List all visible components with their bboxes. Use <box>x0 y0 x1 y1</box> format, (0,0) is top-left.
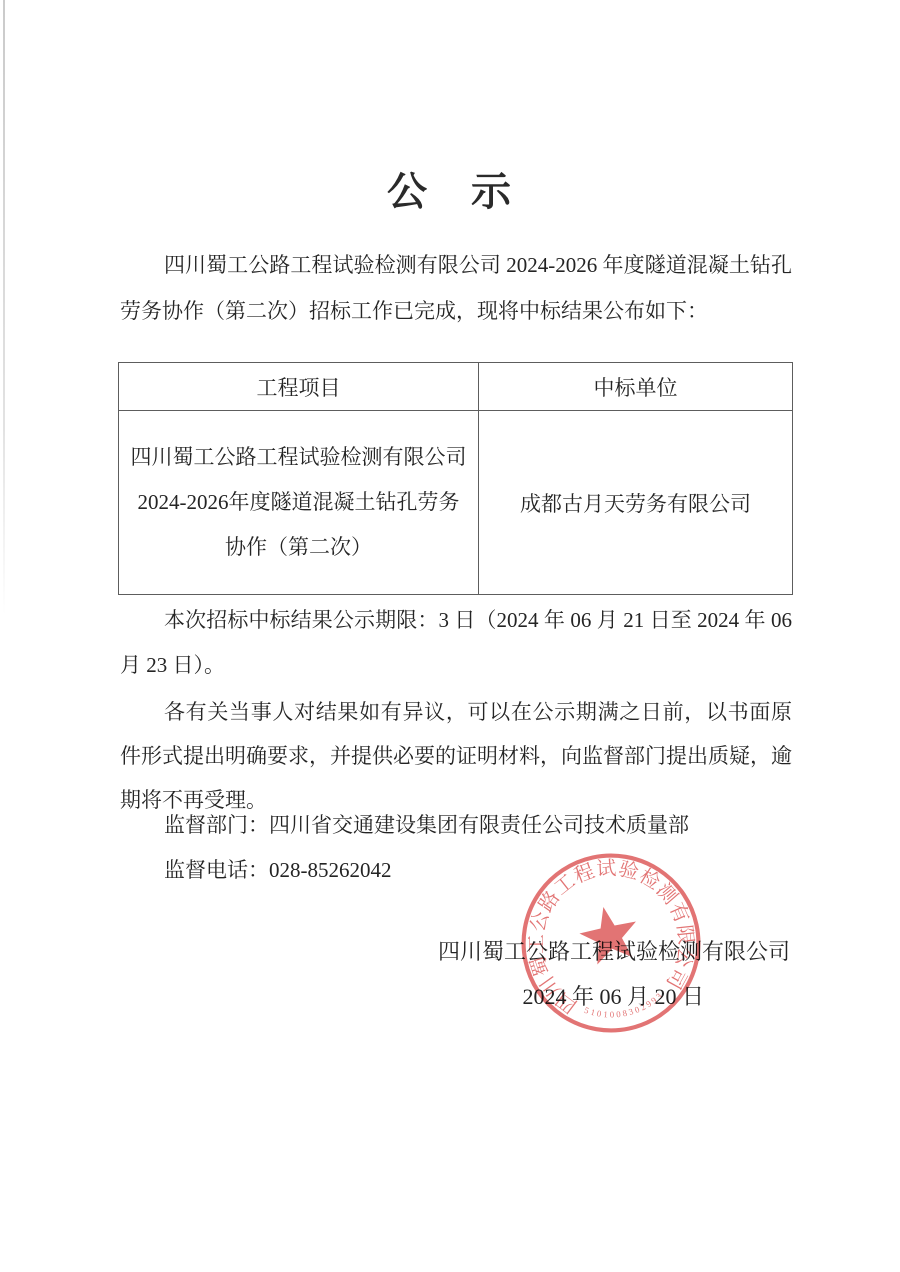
project-line-2: 2024-2026年度隧道混凝土钻孔劳务 <box>119 480 478 525</box>
supervision-department-line: 监督部门：四川省交通建设集团有限责任公司技术质量部 <box>120 803 792 848</box>
supervision-block: 监督部门：四川省交通建设集团有限责任公司技术质量部 监督电话：028-85262… <box>120 803 792 893</box>
project-cell: 四川蜀工公路工程试验检测有限公司 2024-2026年度隧道混凝土钻孔劳务 协作… <box>119 411 479 595</box>
bid-result-table: 工程项目 中标单位 四川蜀工公路工程试验检测有限公司 2024-2026年度隧道… <box>118 362 793 595</box>
winner-cell: 成都古月天劳务有限公司 <box>479 411 793 595</box>
table-header-project: 工程项目 <box>119 363 479 411</box>
table-row: 四川蜀工公路工程试验检测有限公司 2024-2026年度隧道混凝土钻孔劳务 协作… <box>119 411 793 595</box>
intro-paragraph: 四川蜀工公路工程试验检测有限公司 2024-2026 年度隧道混凝土钻孔劳务协作… <box>120 242 792 334</box>
page-title: 公 示 <box>0 160 900 217</box>
supervision-phone-line: 监督电话：028-85262042 <box>120 848 792 893</box>
signature-date: 2024 年 06 月 20 日 <box>120 981 790 1013</box>
project-line-1: 四川蜀工公路工程试验检测有限公司 <box>119 435 478 480</box>
project-line-3: 协作（第二次） <box>119 525 478 570</box>
signature-company: 四川蜀工公路工程试验检测有限公司 <box>120 936 790 968</box>
table-header-row: 工程项目 中标单位 <box>119 363 793 411</box>
announcement-page: 公 示 四川蜀工公路工程试验检测有限公司 2024-2026 年度隧道混凝土钻孔… <box>0 0 900 1272</box>
scan-artifact-line <box>3 0 5 615</box>
table-header-winner: 中标单位 <box>479 363 793 411</box>
period-paragraph: 本次招标中标结果公示期限：3 日（2024 年 06 月 21 日至 2024 … <box>120 598 792 688</box>
